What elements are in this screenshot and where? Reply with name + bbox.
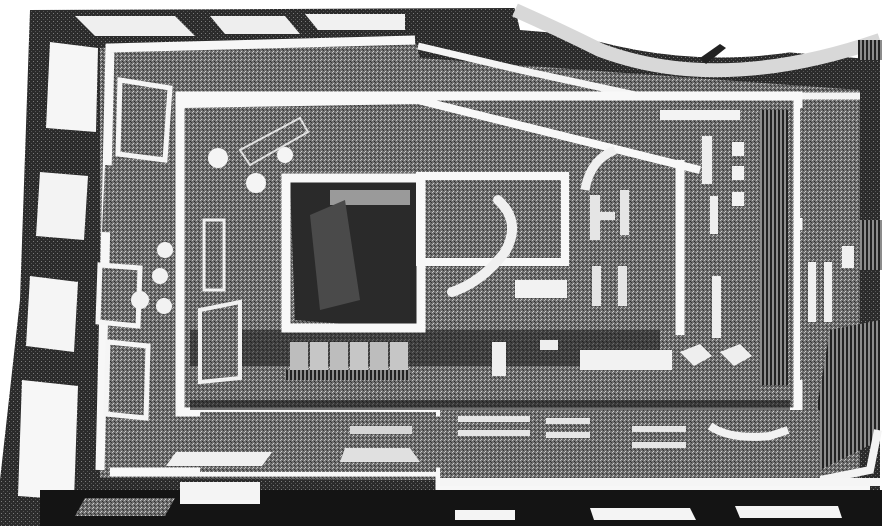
architectural-model-photo — [0, 0, 882, 526]
model-illustration — [0, 0, 882, 526]
long-table — [515, 280, 567, 298]
long-table — [580, 350, 672, 370]
stepped-seating — [285, 342, 410, 380]
